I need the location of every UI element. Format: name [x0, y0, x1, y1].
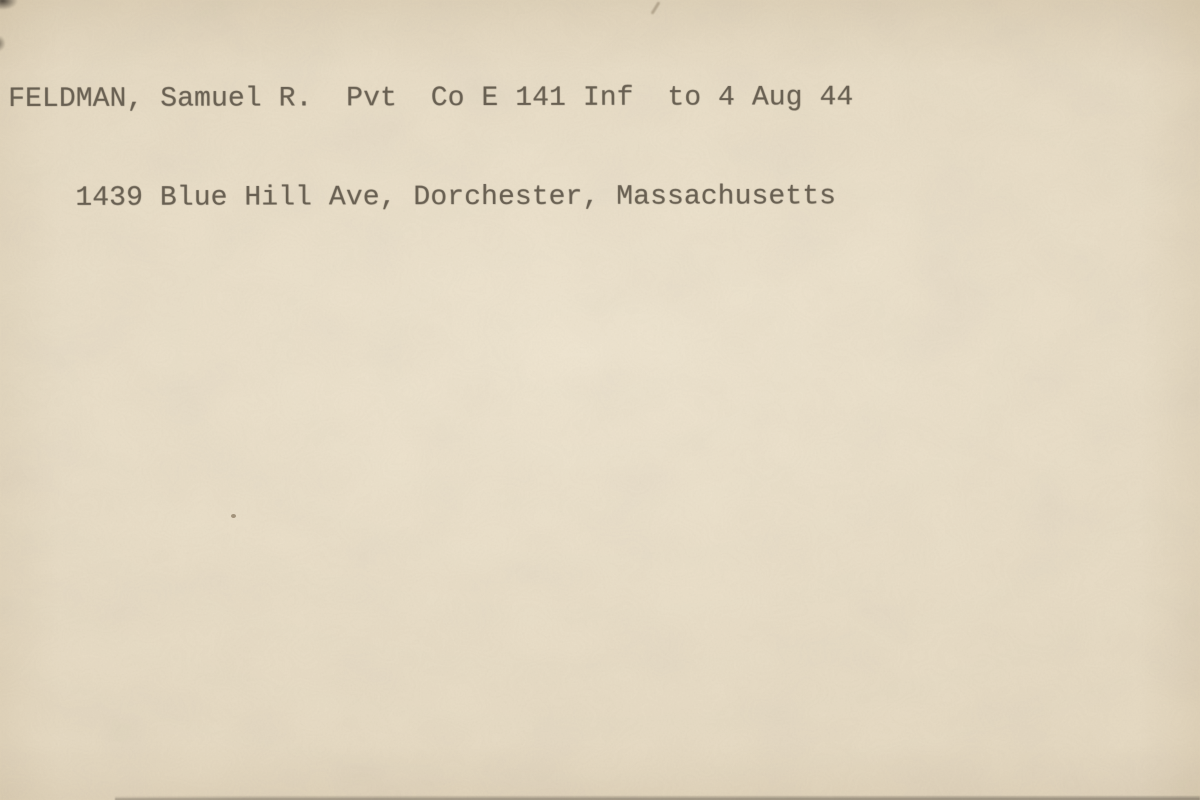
paper-speck	[231, 514, 236, 518]
scan-corner-mark	[0, 0, 18, 10]
left-edge-ink-mark	[0, 36, 5, 51]
typed-line-address: 1439 Blue Hill Ave, Dorchester, Massachu…	[8, 180, 853, 215]
index-card: FELDMAN, Samuel R. Pvt Co E 141 Inf to 4…	[0, 0, 1200, 800]
scan-bottom-edge-shadow	[115, 796, 1200, 800]
typed-text-block: FELDMAN, Samuel R. Pvt Co E 141 Inf to 4…	[8, 15, 854, 281]
faint-ink-smudge	[651, 1, 661, 14]
typed-line-soldier-record: FELDMAN, Samuel R. Pvt Co E 141 Inf to 4…	[8, 81, 853, 116]
